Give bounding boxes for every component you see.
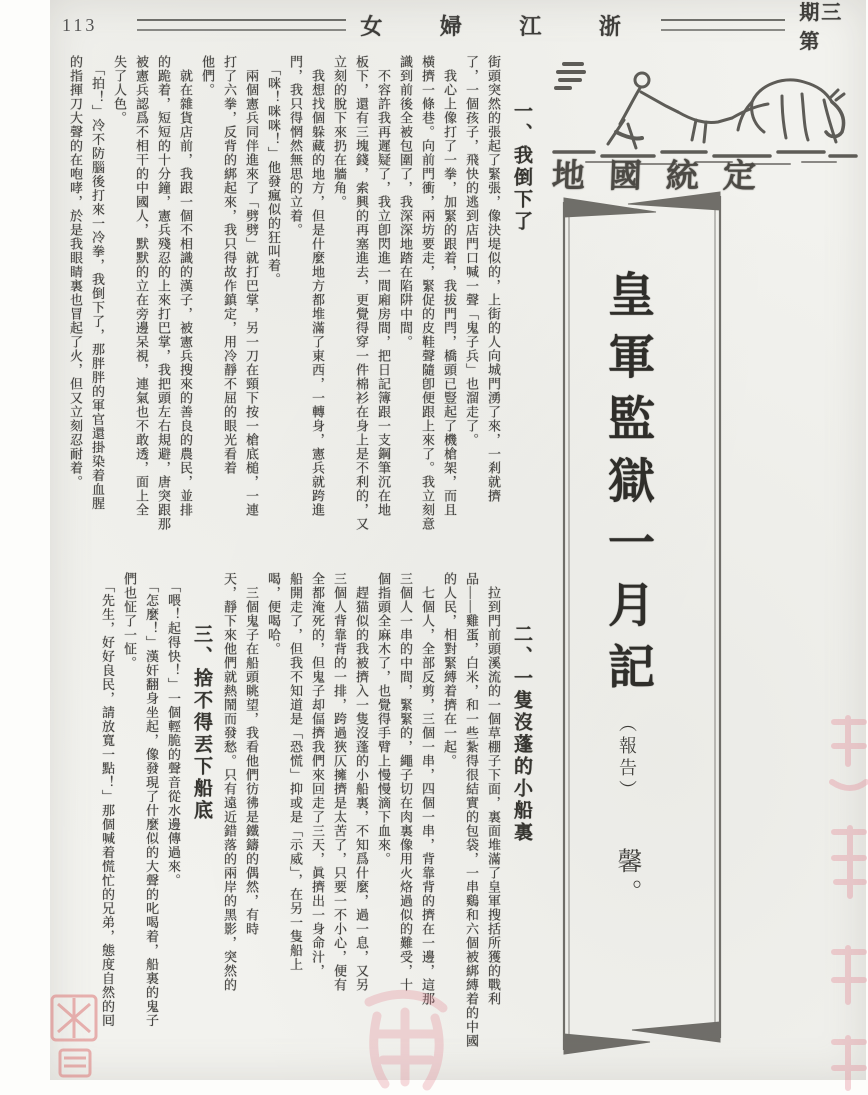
text-column: 失了人色。 bbox=[108, 55, 130, 563]
text-column: 七個人，全部反剪，三個一串，四個一串，背靠背的擠在一邊，這那 bbox=[416, 572, 438, 1054]
text-column: 船開走了，但我不知道是「恐慌」抑或是「示威」，在另一隻船上 bbox=[284, 572, 306, 1054]
header-rule-right bbox=[661, 19, 785, 31]
text-column: 的人民，相對緊縛着擠在一起。 bbox=[438, 572, 460, 1054]
text-column: 識到前後全被包圍了，我深深地踏在陷阱中間。 bbox=[394, 55, 416, 563]
text-column: 橫擠一條巷。向前門衝，兩坊要走，緊促的皮鞋聲隨卽便跟上來了。我立刻意 bbox=[416, 55, 438, 563]
text-column: 喝，便喝哈。 bbox=[262, 572, 284, 1054]
text-column: 趕猫似的我被擠入一隻沒蓬的小船裏，不知爲什麼，過一息，又另 bbox=[350, 572, 372, 1054]
article-body-upper-tier: 一、我倒下了 街頭突然的張起了緊張，像決堤似的，上街的人向城門湧了來，一剎就擠 … bbox=[70, 55, 538, 563]
article-subtitle: （報告） bbox=[617, 714, 637, 802]
text-column: 「拍！」冷不防腦後打來一冷拳，我倒下了，那胖胖的軍官還掛染着血腥 bbox=[86, 55, 108, 563]
article-title-column: 皇軍監獄一月記（報告）馨。 bbox=[594, 270, 661, 1070]
text-column: 拉到門前頭溪流的一個草棚子下面，裏面堆滿了皇軍搜括所獲的戰利 bbox=[482, 572, 504, 1054]
text-column: 們也怔了一怔。 bbox=[118, 572, 140, 1054]
text-column: 被憲兵認爲不相干的中國人，默默的立在旁邊呆視，連氣也不敢透，面上全 bbox=[130, 55, 152, 563]
text-column: 打了六拳，反背的綁起來，我只得故作鎮定，用冷靜不屈的眼光看着 bbox=[218, 55, 240, 563]
text-column: 的跪着，短短的十分鐘，憲兵殘忍的上來打巴掌，我把頭左右規避，唐突跟那 bbox=[152, 55, 174, 563]
text-column: 三個人背靠背的一排，跨過狹仄擁擠是太苦了，只要一不小心，便有 bbox=[328, 572, 350, 1054]
section-3-heading: 三、捨不得丟下船底 bbox=[184, 572, 218, 1054]
text-column: 天，靜下來他們就熱鬧而發愁。只有遠近錯落的兩岸的黑影，突然的 bbox=[218, 572, 240, 1054]
text-column: 三個人一串的中間，緊緊的，繩子切在肉裏像用火烙過似的難受，十 bbox=[394, 572, 416, 1054]
article-title: 皇軍監獄一月記 bbox=[601, 270, 653, 704]
section-1-heading: 一、我倒下了 bbox=[504, 55, 538, 563]
section-2-heading: 二、一隻沒蓬的小船裏 bbox=[504, 572, 538, 1054]
text-column: 「怎麼！」漢奸翻身坐起，像發現了什麼似的大聲的叱喝着，船裏的鬼子 bbox=[140, 572, 162, 1054]
article-author: 馨。 bbox=[614, 848, 641, 910]
text-column: 個指頭全麻木了，也覺得手臂上慢慢滴下血來。 bbox=[372, 572, 394, 1054]
text-column: 品——雞蛋，白米，和一些紮得很結實的包袋，一串鷄和六個被綁縛着的中國 bbox=[460, 572, 482, 1054]
text-column: 不容許我再遲疑了，我立卽閃進一間廂房間，把日記簿跟一支鋼筆沉在地 bbox=[372, 55, 394, 563]
text-column: 「喂！起得快！」一個輕脆的聲音從水邊傳過來。 bbox=[162, 572, 184, 1054]
text-column: 了，一個孩子，飛快的逃到店門口喊一聲「鬼子兵」也溜走了。 bbox=[460, 55, 482, 563]
text-column: 板下，還有三塊錢，索興的再塞進去，更覺得穿一件棉衫在身上是不利的，又 bbox=[350, 55, 372, 563]
text-column: 就在雜貨店前，我跟一個不相識的漢子，被憲兵搜來的善良的農民，並排 bbox=[174, 55, 196, 563]
article-body-lower-tier: 二、一隻沒蓬的小船裏 拉到門前頭溪流的一個草棚子下面，裏面堆滿了皇軍搜括所獲的戰… bbox=[70, 572, 538, 1054]
page-header: 113 女 婦 江 浙 期三第 bbox=[62, 8, 862, 42]
text-column: 全都淹死的，但鬼子却偪擠我們來回走了三天，眞擠出一身命汁， bbox=[306, 572, 328, 1054]
header-rule-left bbox=[137, 19, 346, 31]
text-column: 立刻的脫下來扔在牆角。 bbox=[328, 55, 350, 563]
text-column: 兩個憲兵同伴進來了「劈劈」就打巴掌，另一刀在頸下按一槍底槌，一連 bbox=[240, 55, 262, 563]
text-column: 他們。 bbox=[196, 55, 218, 563]
text-column: 「咪！咪咪！」他發瘋似的狂叫着。 bbox=[262, 55, 284, 563]
text-column: 三個鬼子在船頭眺望，我看他們彷彿是鐵鑄的偶然，有時 bbox=[240, 572, 262, 1054]
text-column: 街頭突然的張起了緊張，像決堤似的，上街的人向城門湧了來，一剎就擠 bbox=[482, 55, 504, 563]
page-number: 113 bbox=[62, 15, 97, 36]
magazine-title: 女 婦 江 浙 bbox=[360, 10, 647, 41]
text-column: 門，我只得惘然無思的立着。 bbox=[284, 55, 306, 563]
text-column: 我心上像打了一拳，加緊的跟着，我拔門閂，橋頭已豎起了機槍架，而且 bbox=[438, 55, 460, 563]
text-column: 我想找個躲藏的地方，但是什麼地方都堆滿了東西，一轉身，憲兵就跨進 bbox=[306, 55, 328, 563]
text-column: 的指揮刀大聲的在咆哮，於是我眼睛裏也冒起了火，但又立刻忍耐着。 bbox=[64, 55, 86, 563]
text-column: 「先生，好好良民，請放寬一點！」那個喊着慌忙的兄弟，態度自然的囘 bbox=[96, 572, 118, 1054]
